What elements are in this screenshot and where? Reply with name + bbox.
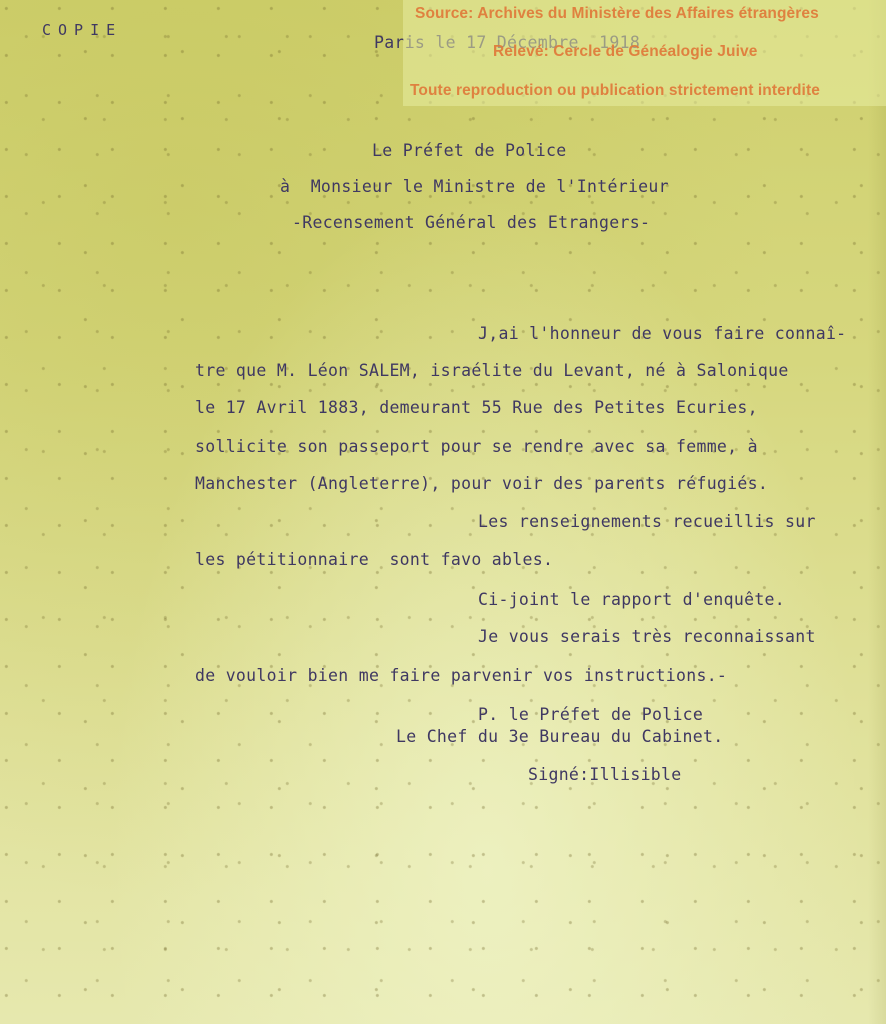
copy-label: COPIE xyxy=(42,21,122,39)
sender-line: Le Préfet de Police xyxy=(372,141,566,160)
recipient-line: à Monsieur le Ministre de l'Intérieur xyxy=(280,177,669,196)
body-line: Manchester (Angleterre), pour voir des p… xyxy=(195,474,768,493)
paper-edge-shadow xyxy=(868,0,886,1024)
body-line: de vouloir bien me faire parvenir vos in… xyxy=(195,666,727,685)
body-line: Je vous serais très reconnaissant xyxy=(478,627,816,646)
signature-title: Le Chef du 3e Bureau du Cabinet. xyxy=(396,727,723,746)
body-line: Les renseignements recueillis sur xyxy=(478,512,816,531)
watermark-releve: Relevé: Cercle de Généalogie Juive xyxy=(493,43,757,61)
body-line: Ci-joint le rapport d'enquête. xyxy=(478,590,785,609)
body-line: sollicite son passeport pour se rendre a… xyxy=(195,437,758,456)
body-line: le 17 Avril 1883, demeurant 55 Rue des P… xyxy=(195,398,758,417)
body-line: tre que M. Léon SALEM, israélite du Leva… xyxy=(195,361,789,380)
archive-watermark: Source: Archives du Ministère des Affair… xyxy=(403,0,886,106)
subject-line: -Recensement Général des Etrangers- xyxy=(292,213,650,232)
watermark-source: Source: Archives du Ministère des Affair… xyxy=(415,5,819,23)
signature-signed: Signé:Illisible xyxy=(528,765,682,784)
body-line: les pétitionnaire sont favo ables. xyxy=(195,550,553,569)
body-line: J,ai l'honneur de vous faire connaî- xyxy=(478,324,846,343)
signature-on-behalf: P. le Préfet de Police xyxy=(478,705,703,724)
watermark-rights: Toute reproduction ou publication strict… xyxy=(410,82,820,100)
